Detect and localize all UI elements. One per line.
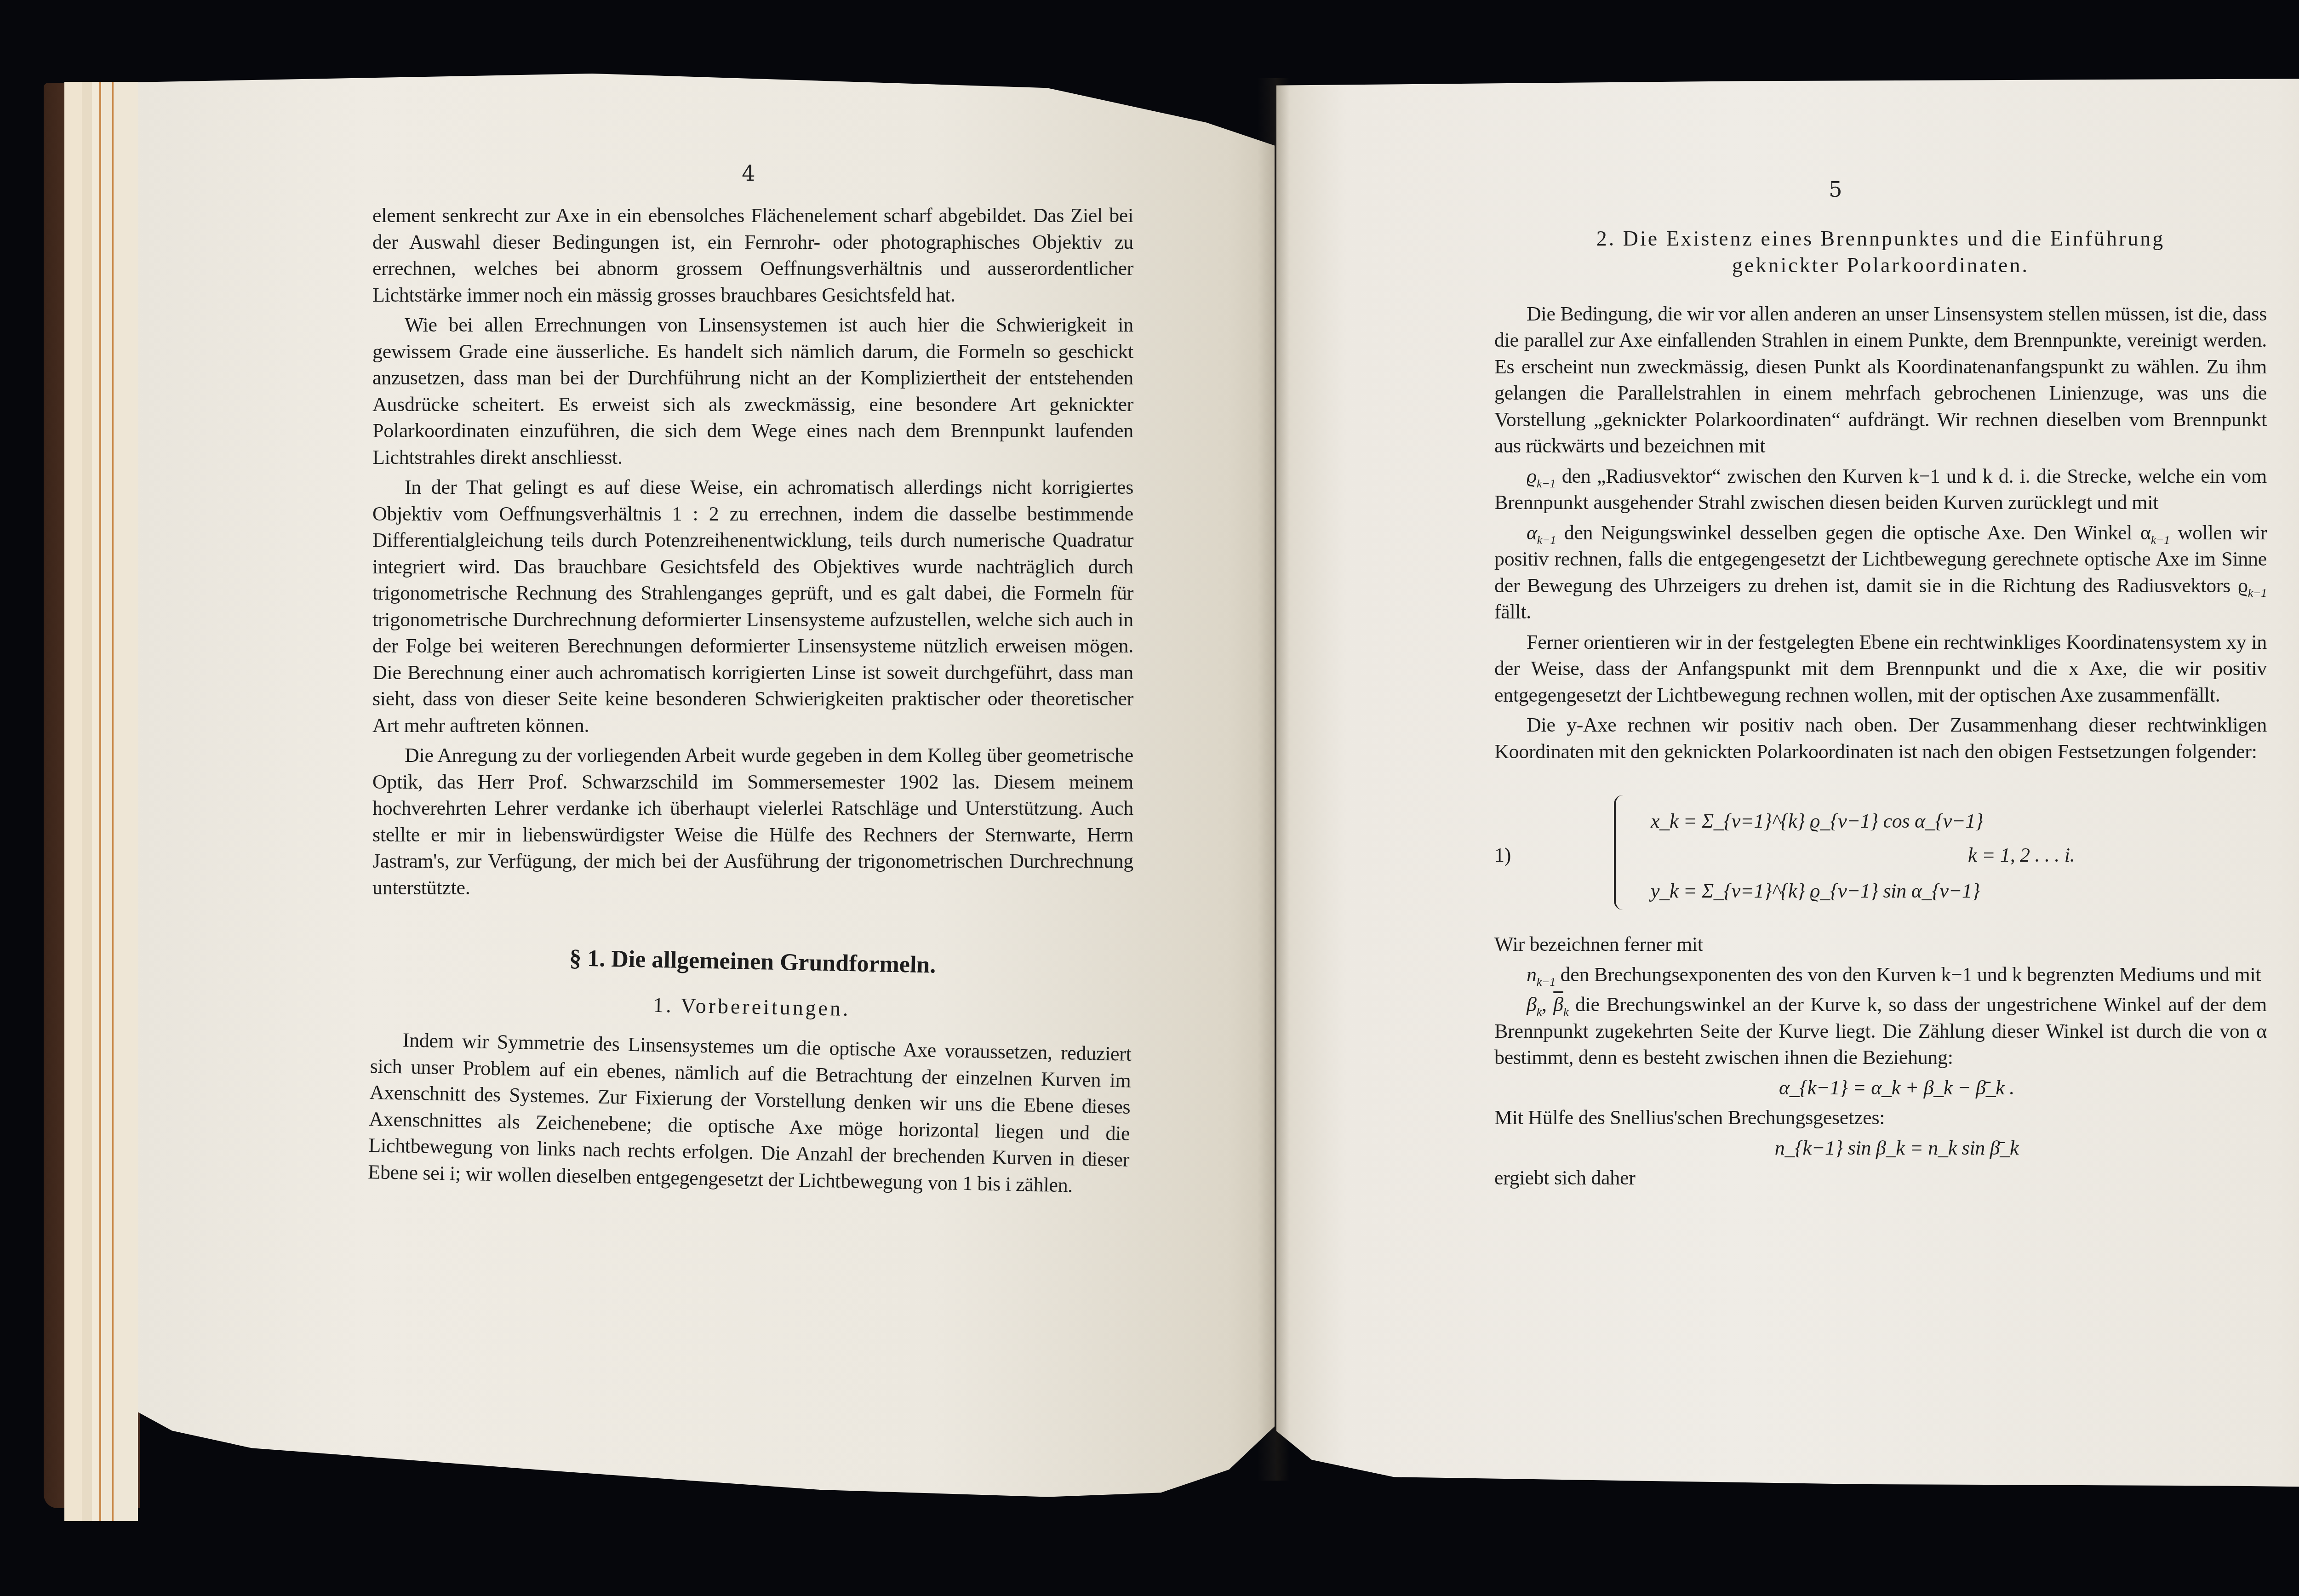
section-heading: 2. Die Existenz eines Brennpunktes und d… — [1494, 225, 2267, 252]
equation-snell: n_{k−1} sin β_k = n_k sin β̄_k — [1494, 1135, 2267, 1161]
subsection-heading: 1. Vorbereitungen. — [371, 986, 1132, 1027]
brace-icon — [1614, 795, 1625, 910]
equation-range: k = 1, 2 . . . i. — [1968, 842, 2075, 869]
page-edges-stack — [64, 82, 138, 1521]
section-heading: § 1. Die allgemeinen Grundformeln. — [372, 941, 1133, 982]
paragraph: element senkrecht zur Axe in ein ebensol… — [372, 202, 1133, 308]
equation-y: y_k = Σ_{ν=1}^{k} ϱ_{ν−1} sin α_{ν−1} — [1651, 878, 1980, 904]
left-page-text: element senkrecht zur Axe in ein ebensol… — [372, 202, 1133, 1189]
page-number-left: 4 — [735, 161, 762, 186]
rho-symbol: ϱ — [1527, 465, 1537, 487]
equation-1: 1) x_k = Σ_{ν=1}^{k} ϱ_{ν−1} cos α_{ν−1}… — [1494, 786, 2267, 924]
alpha-symbol: α — [1527, 521, 1537, 544]
lower-block: § 1. Die allgemeinen Grundformeln. 1. Vo… — [368, 941, 1133, 1200]
paragraph: Ferner orientieren wir in der festgelegt… — [1494, 629, 2267, 709]
definition-rho: ϱk−1 den „Radiusvektor“ zwischen den Kur… — [1494, 463, 2267, 516]
right-page-text: 2. Die Existenz eines Brennpunktes und d… — [1494, 225, 2267, 1195]
paragraph: Mit Hülfe des Snellius'schen Brechungsge… — [1494, 1104, 2267, 1131]
definition-n: nk−1 den Brechungsexponenten des von den… — [1494, 961, 2267, 988]
equation-alpha: α_{k−1} = α_k + β_k − β̄_k . — [1494, 1075, 2267, 1101]
definition-beta: βk, βk die Brechungswinkel an der Kurve … — [1494, 991, 2267, 1071]
paragraph: ergiebt sich daher — [1494, 1165, 2267, 1191]
paragraph: Wie bei allen Errechnungen von Linsensys… — [372, 312, 1133, 470]
paragraph: Die Anregung zu der vorliegenden Arbeit … — [372, 742, 1133, 901]
paragraph: Die Bedingung, die wir vor allen anderen… — [1494, 301, 2267, 459]
section-heading-cont: geknickter Polarkoordinaten. — [1494, 252, 2267, 279]
page-number-right: 5 — [1822, 177, 1849, 202]
paragraph: Die y-Axe rechnen wir positiv nach oben.… — [1494, 712, 2267, 765]
equation-x: x_k = Σ_{ν=1}^{k} ϱ_{ν−1} cos α_{ν−1} — [1651, 808, 1983, 835]
equation-number: 1) — [1494, 842, 1511, 869]
definition-alpha: αk−1 den Neigungswinkel desselben gegen … — [1494, 520, 2267, 625]
paragraph: In der That gelingt es auf diese Weise, … — [372, 474, 1133, 738]
paragraph: Indem wir Symmetrie des Linsensystemes u… — [368, 1026, 1132, 1200]
paragraph: Wir bezeichnen ferner mit — [1494, 931, 2267, 958]
